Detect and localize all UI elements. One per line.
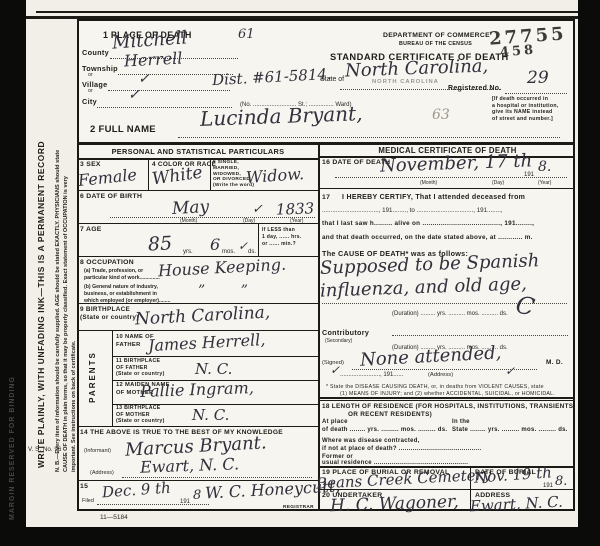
cell-divider: [258, 223, 259, 256]
filed-label: Filed: [82, 498, 94, 504]
or-label-1: or: [88, 72, 93, 78]
nb-instruction-line1: N. B.—Every item of information should b…: [55, 20, 62, 472]
filed-year-handwritten: 8: [193, 489, 201, 502]
center-column-divider: [318, 145, 320, 511]
row-line: [112, 356, 318, 357]
secondary-sublabel: (Secondary): [325, 338, 352, 344]
father-birthplace-label: 11 BIRTHPLACE OF FATHER (State or countr…: [116, 358, 165, 378]
county-label: County: [82, 48, 109, 57]
contributory-label: Contributory: [322, 328, 369, 337]
vs-form-number: V. S. No. 96: [28, 446, 61, 453]
full-name-handwritten-value: Lucinda Bryant,: [200, 103, 363, 129]
month-sublabel: (Month): [180, 218, 197, 224]
death-certificate-scan: MARGIN RESERVED FOR BINDING WRITE PLAINL…: [0, 0, 600, 546]
duration-line-1: (Duration) ......... yrs. .......... mos…: [392, 311, 508, 317]
file-number-stamp-2: 458: [499, 42, 536, 60]
dob-label: 6 DATE OF BIRTH: [80, 193, 142, 201]
village-label: Village: [82, 80, 108, 89]
year-sublabel: (Year): [538, 180, 551, 186]
nb-instruction-line3: important. See instructions on back of c…: [71, 20, 78, 472]
county-handwritten-note: 61: [238, 28, 255, 41]
dod-191-printed: 191: [524, 172, 534, 178]
mother-maiden-name-handwritten: Pallie Ingram,: [140, 380, 254, 400]
age-years-handwritten: 85: [148, 234, 173, 254]
personal-band-rule: [77, 158, 318, 160]
signed-address-checkmark: ✓: [505, 365, 515, 377]
father-birthplace-handwritten: N. C.: [195, 362, 232, 377]
pencil-annotation: 63: [432, 108, 450, 122]
city-checkmark: ✓: [128, 88, 140, 102]
full-name-blank-line: [178, 137, 560, 138]
registered-no-label: Registered No.: [448, 85, 502, 94]
filed-blank-line: [97, 504, 209, 505]
certify-line-3: that I last saw h......... alive on ....…: [322, 220, 534, 228]
year-sublabel: (Year): [290, 218, 303, 224]
personal-section-band: PERSONAL AND STATISTICAL PARTICULARS: [88, 147, 308, 156]
contracted-line1: Where was disease contracted,: [322, 438, 420, 446]
burial-191-printed: 191: [543, 483, 553, 489]
marital-handwritten-value: Widow.: [246, 166, 305, 186]
occupation-b-label: (b) General nature of industry, business…: [84, 284, 170, 304]
bureau-heading: BUREAU OF THE CENSUS: [399, 41, 472, 48]
day-sublabel: (Day): [492, 180, 504, 186]
binding-margin-text: MARGIN RESERVED FOR BINDING: [9, 20, 16, 520]
row-line: [77, 426, 318, 427]
name-row-rule: [77, 142, 575, 145]
informant-address-label: (Address): [90, 470, 114, 476]
dod-year-handwritten: 8.: [538, 160, 551, 174]
village-checkmark: ✓: [138, 72, 150, 86]
ds-label: ds.: [248, 249, 256, 255]
at-place-label: At place: [322, 419, 348, 427]
parents-vertical-label: PARENTS: [88, 334, 98, 420]
row-line: [77, 330, 318, 331]
md-label: M. D.: [546, 359, 563, 367]
township-handwritten-value: Herrell: [124, 50, 183, 69]
if-less-than-note: If LESS than 1 day, ...... hrs. or .....…: [262, 227, 302, 247]
village-blank-line: [108, 90, 230, 91]
department-heading: DEPARTMENT OF COMMERCE: [383, 32, 490, 40]
state-of-label: State of: [320, 76, 344, 83]
age-label: 7 AGE: [80, 226, 102, 234]
top-rule-thin: [36, 11, 578, 13]
certify-line-2: ................................., 191..…: [322, 207, 503, 214]
cause-footnote-line1: * State the DISEASE CAUSING DEATH, or, i…: [326, 384, 544, 391]
residence-top-rule-2: [318, 400, 575, 401]
mos-label: mos.: [222, 249, 235, 255]
day-sublabel: (Day): [243, 218, 255, 224]
dob-day-checkmark: ✓: [252, 203, 263, 216]
yrs-label: yrs.: [183, 249, 193, 255]
filed-item-number: 15: [80, 483, 88, 491]
in-state-line: State ........ yrs. ......... mos. .....…: [452, 427, 568, 435]
mother-birthplace-handwritten: N. C.: [192, 408, 229, 423]
city-label: City: [82, 97, 97, 106]
contributory-blank-line: [392, 335, 568, 336]
registrar-label: REGISTRAR: [283, 505, 314, 511]
nb-instruction-line2: CAUSE OF DEATH in plain terms, so that i…: [63, 20, 70, 472]
residence-heading-line1: 18 LENGTH OF RESIDENCE (FOR HOSPITALS, I…: [322, 403, 575, 411]
birthplace-label: 9 BIRTHPLACE (State or country): [80, 306, 139, 322]
of-death-line: of death ........ yrs. ......... mos. ..…: [322, 427, 447, 435]
informant-label: (Informant): [84, 448, 111, 454]
certify-line-1: I HEREBY CERTIFY, That I attended deceas…: [342, 194, 525, 203]
registered-no-value: 29: [527, 70, 549, 87]
signed-date-checkmark: ✓: [330, 364, 340, 376]
undertaker-handwritten: H. C. Wagoner,: [330, 494, 459, 515]
signed-address-label: (Address): [428, 372, 453, 378]
burial-year-handwritten: 8.: [555, 475, 567, 488]
form-code: 11—5184: [100, 514, 128, 521]
certify-line-4: and that death occurred, on the date sta…: [322, 234, 533, 242]
month-sublabel: (Month): [420, 180, 437, 186]
state-handwritten-value: North Carolina,: [345, 58, 489, 81]
full-name-label: 2 FULL NAME: [90, 124, 156, 136]
parents-strip-divider: [112, 330, 113, 426]
certify-item-number: 17: [322, 194, 330, 202]
hospital-note: [If death occurred in a hospital or inst…: [492, 96, 574, 122]
write-plainly-margin-text: WRITE PLAINLY, WITH UNFADING INK—THIS IS…: [36, 28, 47, 468]
residence-top-rule: [318, 397, 575, 399]
mother-birthplace-label: 13 BIRTHPLACE OF MOTHER (State or countr…: [116, 405, 165, 425]
cell-divider: [148, 158, 149, 190]
dob-year-handwritten: 1833: [276, 201, 315, 217]
or-label-2: or: [88, 88, 93, 94]
age-months-handwritten: 6: [210, 237, 220, 253]
informant-address-handwritten: Ewart, N. C.: [140, 456, 240, 475]
signed-191-line: ........................, 191......: [340, 372, 403, 378]
row-line: [77, 190, 318, 191]
row-line: [77, 223, 318, 224]
row-line: [320, 188, 575, 189]
occupation-a-label: (a) Trade, profession, or particular kin…: [84, 268, 160, 282]
filed-191-printed: 191: [180, 499, 190, 505]
in-the-label: In the: [452, 419, 470, 427]
dob-month-handwritten: May: [172, 199, 210, 218]
contracted-line2: if not at place of death? ..............…: [322, 446, 481, 454]
occupation-b-ditto-marks: ” ”: [198, 284, 248, 298]
residence-heading-line2: OR RECENT RESIDENTS): [348, 411, 432, 419]
informant-address-line: [122, 477, 312, 478]
age-days-checkmark: ✓: [238, 240, 248, 252]
registered-no-blank: [505, 93, 567, 94]
occupation-label: 8 OCCUPATION: [80, 259, 134, 267]
